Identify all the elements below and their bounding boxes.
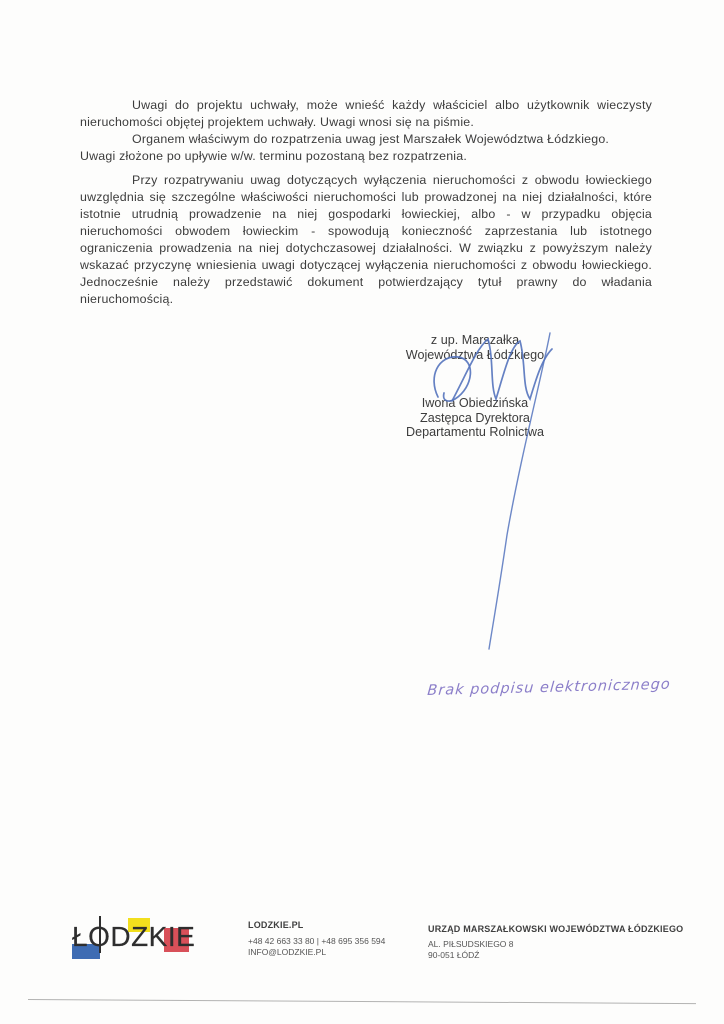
signer-title-line-2: Departamentu Rolnictwa (375, 425, 575, 440)
paragraph-organ-wlasciwy: Organem właściwym do rozpatrzenia uwag j… (80, 131, 652, 148)
footer-address-line-1: AL. PIŁSUDSKIEGO 8 (428, 939, 683, 950)
footer-office-name: URZĄD MARSZAŁKOWSKI WOJEWÓDZTWA ŁÓDZKIEG… (428, 924, 683, 934)
footer: ŁODZKIE LODZKIE.PL +48 42 663 33 80 | +4… (0, 910, 724, 980)
signer-title-line-1: Zastępca Dyrektora (375, 411, 575, 426)
footer-address-line-2: 90-051 ŁÓDŹ (428, 950, 683, 961)
scanned-letter-page: Uwagi do projektu uchwały, może wnieść k… (0, 0, 724, 1024)
paragraph-uwagi-do-projektu: Uwagi do projektu uchwały, może wnieść k… (80, 97, 652, 131)
signature-authority-block: z up. Marszałka Województwa Łódzkiego (375, 333, 575, 363)
scan-page-edge-artifact (28, 999, 696, 1004)
logo-o-bar-decoration (99, 916, 101, 953)
authority-line-1: z up. Marszałka (375, 333, 575, 348)
footer-website: LODZKIE.PL (248, 920, 385, 930)
signer-name: Iwona Obiedzińska (375, 396, 575, 411)
logo-wordmark: ŁODZKIE (72, 921, 195, 953)
signer-identity-block: Iwona Obiedzińska Zastępca Dyrektora Dep… (375, 396, 575, 440)
signature-scribble-loop (434, 357, 470, 401)
authority-line-2: Województwa Łódzkiego (375, 348, 575, 363)
footer-phones: +48 42 663 33 80 | +48 695 356 594 (248, 936, 385, 947)
handwritten-note: Brak podpisu elektronicznego (427, 676, 678, 699)
signature-pen-tail (489, 333, 550, 649)
letter-body: Uwagi do projektu uchwały, może wnieść k… (80, 97, 652, 308)
paragraph-uwagi-zlozone: Uwagi złożone po upływie w/w. terminu po… (80, 148, 652, 165)
paragraph-przy-rozpatrywaniu: Przy rozpatrywaniu uwag dotyczących wyłą… (80, 172, 652, 308)
paragraph-spacer (80, 165, 652, 172)
handwritten-signature-ink (400, 315, 620, 660)
footer-contact-column: LODZKIE.PL +48 42 663 33 80 | +48 695 35… (248, 920, 385, 957)
lodzkie-logo: ŁODZKIE (72, 916, 194, 970)
footer-email: INFO@LODZKIE.PL (248, 947, 385, 958)
footer-office-column: URZĄD MARSZAŁKOWSKI WOJEWÓDZTWA ŁÓDZKIEG… (428, 924, 683, 960)
